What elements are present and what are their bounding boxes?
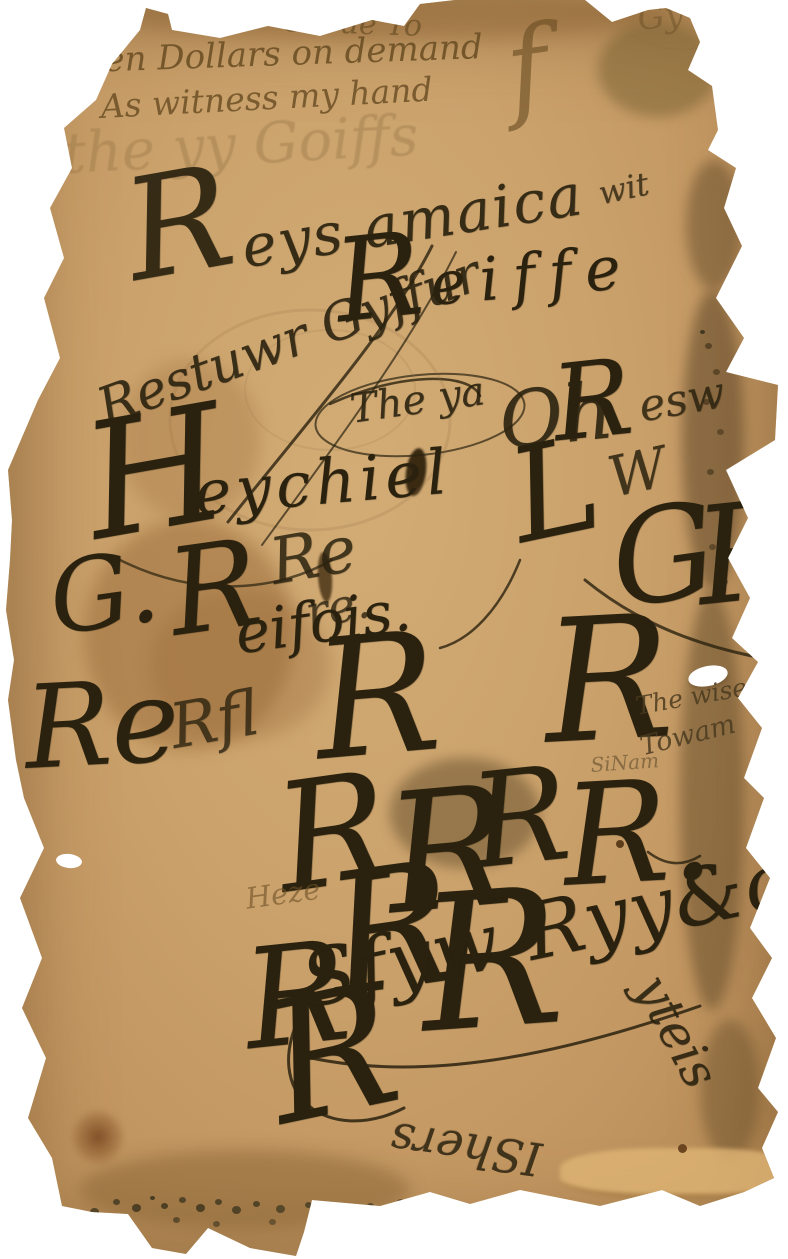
speckle-cluster-bottom-left (150, 1196, 155, 1200)
inscription-theya-word: The ya (348, 373, 487, 427)
inscription-reiffe-word: eiffe (428, 240, 637, 312)
inscription-heze-small: Heze (244, 876, 322, 912)
inscription-flourish-f: f (500, 16, 554, 120)
inscription-g-initial: G. (44, 541, 164, 645)
inscription-re-left: Re (22, 670, 182, 781)
inscription-wit-word: wit (596, 170, 651, 209)
dirt-dot-1 (678, 1144, 687, 1153)
flourish-l-descender (440, 560, 520, 648)
scanned-manuscript: O Due To Gy Ten Dollars on demand f As w… (0, 0, 788, 1259)
inscription-heychiel-word: eychiel (192, 444, 454, 522)
stain-bottom-band (80, 1150, 410, 1230)
stain-charred-right-1 (686, 160, 742, 290)
stain-glossy-bottom (560, 1148, 788, 1198)
inscription-due-scribble: Gy (636, 0, 685, 34)
paper-sheet: O Due To Gy Ten Dollars on demand f As w… (0, 0, 788, 1259)
inscription-capital-r-reys: R (116, 154, 242, 296)
inscription-yteis-diagonal: yteis (628, 968, 724, 1095)
inscription-ishers-inverted: IShers (388, 1118, 544, 1180)
inscription-esw-word: esw (636, 373, 728, 427)
speckle-cluster-right-edge (700, 330, 705, 334)
paper-nick (55, 853, 82, 870)
inscription-rfl-small: Rfl (166, 685, 262, 755)
inscription-capital-r-gr: R (690, 487, 788, 618)
inscription-capital-r-reiffe: R (330, 223, 427, 335)
stain-round-small (70, 1108, 126, 1166)
